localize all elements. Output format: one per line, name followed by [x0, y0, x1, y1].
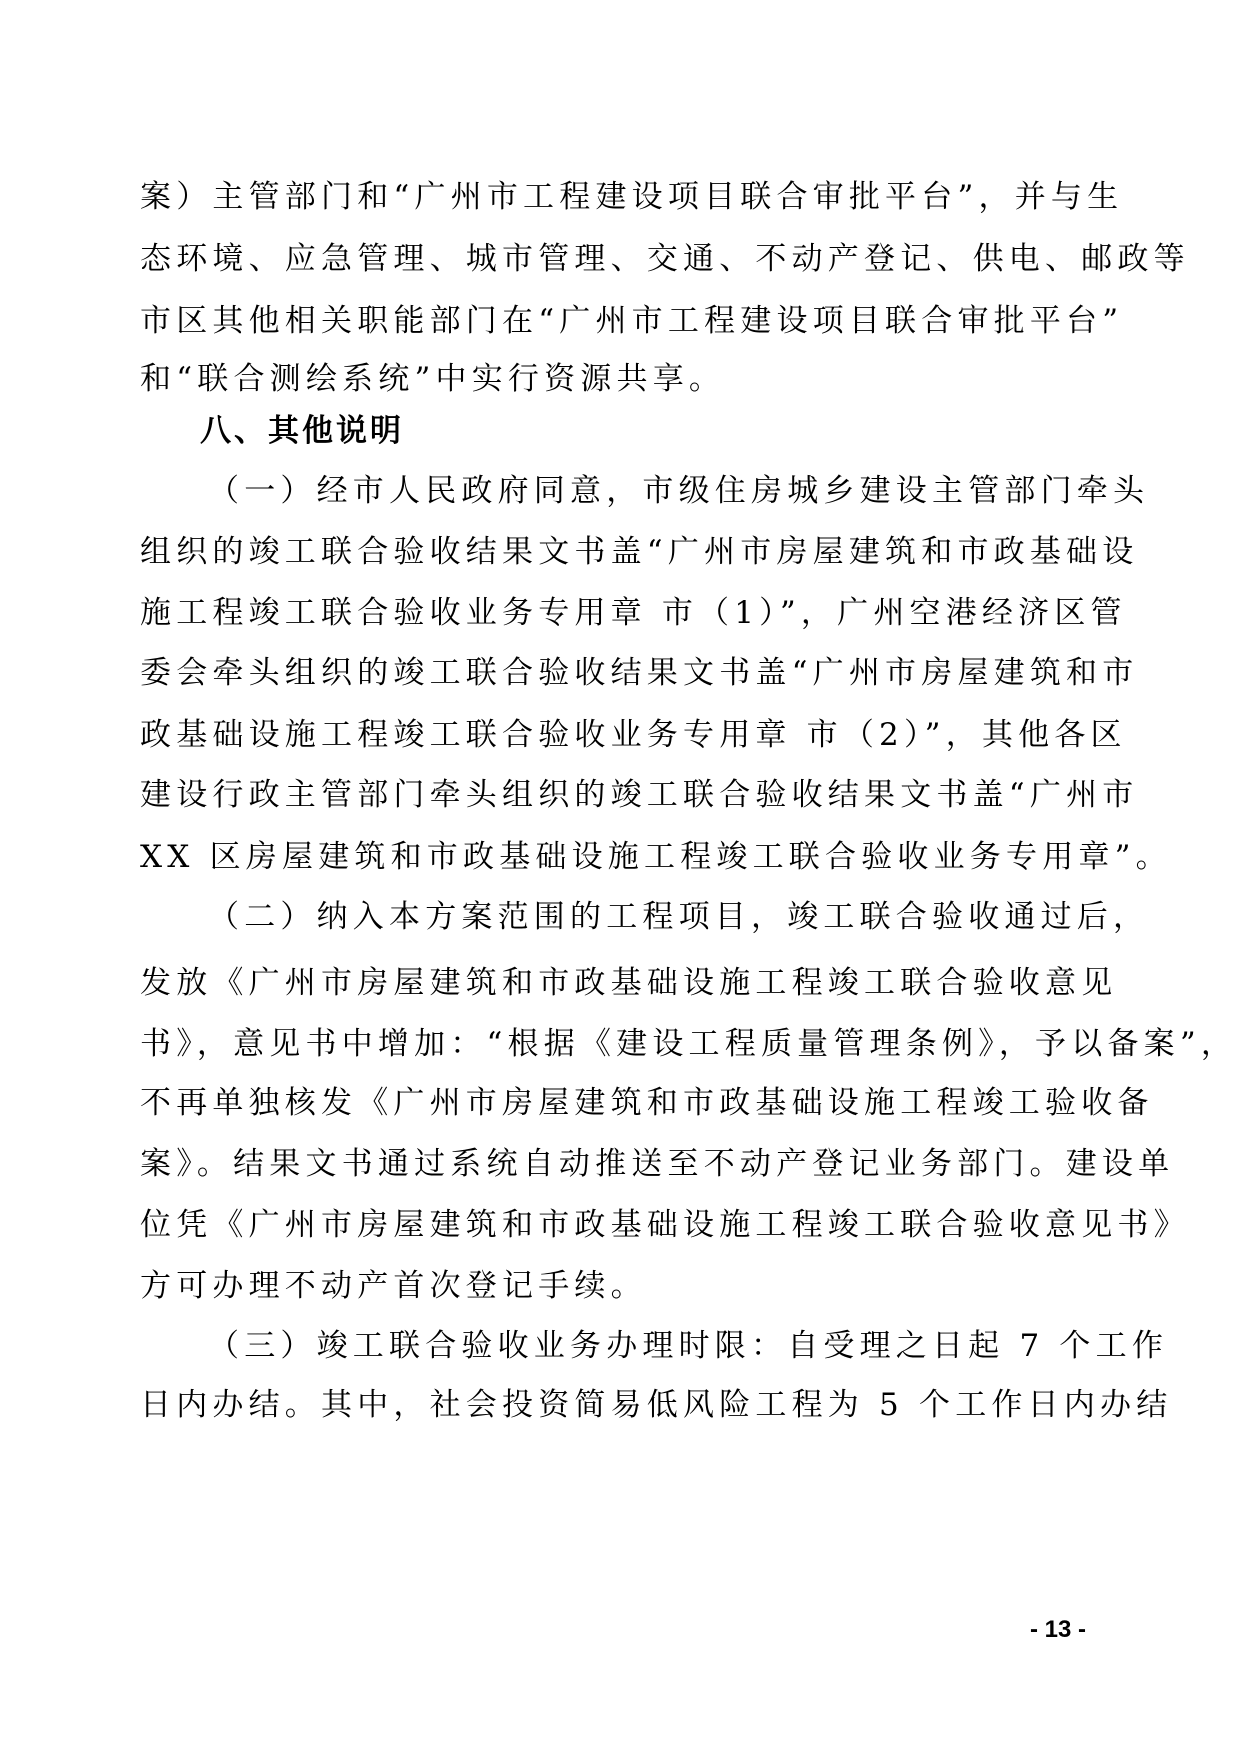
- paragraph-line: 态环境、应急管理、城市管理、交通、不动产登记、供电、邮政等: [140, 237, 990, 281]
- paragraph-line: 案）主管部门和“广州市工程建设项目联合审批平台”，并与生: [140, 175, 990, 219]
- item1-line: XX 区房屋建筑和市政基础设施工程竣工联合验收业务专用章”。: [140, 835, 990, 879]
- item2-line: 书》，意见书中增加：“根据《建设工程质量管理条例》，予以备案”，: [140, 1022, 990, 1066]
- item1-line: 组织的竣工联合验收结果文书盖“广州市房屋建筑和市政基础设: [140, 530, 990, 574]
- paragraph-line: 市区其他相关职能部门在“广州市工程建设项目联合审批平台”: [140, 299, 990, 343]
- item2-line: 方可办理不动产首次登记手续。: [140, 1264, 990, 1308]
- item1-line: 建设行政主管部门牵头组织的竣工联合验收结果文书盖“广州市: [140, 773, 990, 817]
- item3-line: （三）竣工联合验收业务办理时限：自受理之日起 7 个工作: [208, 1324, 990, 1368]
- item2-line: 不再单独核发《广州市房屋建筑和市政基础设施工程竣工验收备: [140, 1081, 990, 1125]
- item2-line: （二）纳入本方案范围的工程项目，竣工联合验收通过后，: [208, 895, 990, 939]
- item1-line: （一）经市人民政府同意，市级住房城乡建设主管部门牵头: [208, 469, 990, 513]
- item1-line: 委会牵头组织的竣工联合验收结果文书盖“广州市房屋建筑和市: [140, 651, 990, 695]
- item2-line: 发放《广州市房屋建筑和市政基础设施工程竣工联合验收意见: [140, 961, 990, 1005]
- paragraph-line: 和“联合测绘系统”中实行资源共享。: [140, 357, 990, 401]
- item2-line: 位凭《广州市房屋建筑和市政基础设施工程竣工联合验收意见书》: [140, 1203, 990, 1247]
- page-number: - 13 -: [1030, 1616, 1086, 1644]
- section-heading: 八、其他说明: [200, 409, 404, 453]
- item3-line: 日内办结。其中，社会投资简易低风险工程为 5 个工作日内办结: [140, 1383, 990, 1427]
- item1-line: 政基础设施工程竣工联合验收业务专用章 市（2）”，其他各区: [140, 713, 990, 757]
- document-page: 案）主管部门和“广州市工程建设项目联合审批平台”，并与生 态环境、应急管理、城市…: [0, 0, 1240, 1754]
- item2-line: 案》。结果文书通过系统自动推送至不动产登记业务部门。建设单: [140, 1142, 990, 1186]
- item1-line: 施工程竣工联合验收业务专用章 市（1）”，广州空港经济区管: [140, 591, 990, 635]
